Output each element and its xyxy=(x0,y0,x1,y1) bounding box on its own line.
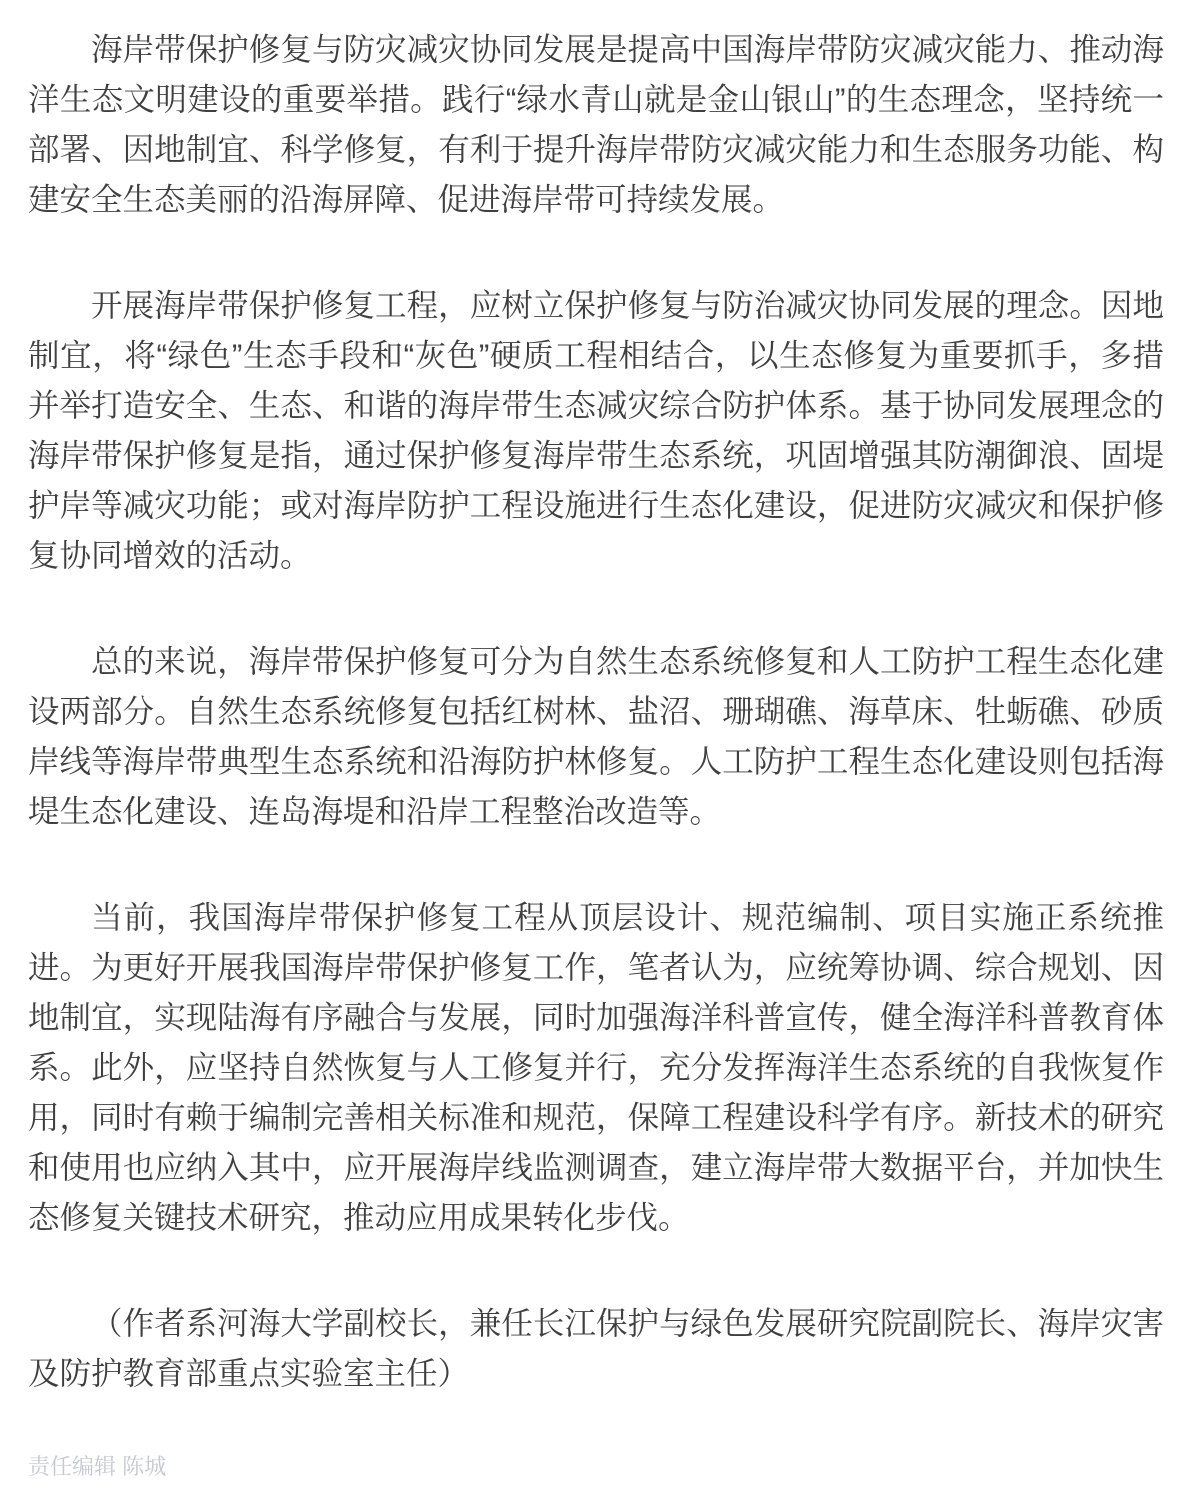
article-paragraph: 总的来说，海岸带保护修复可分为自然生态系统修复和人工防护工程生态化建设两部分。自… xyxy=(28,636,1164,836)
author-note: （作者系河海大学副校长，兼任长江保护与绿色发展研究院副院长、海岸灾害及防护教育部… xyxy=(28,1298,1164,1398)
editor-credit: 责任编辑 陈城 xyxy=(28,1454,1164,1508)
article-paragraph: 开展海岸带保护修复工程，应树立保护修复与防治减灾协同发展的理念。因地制宜，将“绿… xyxy=(28,280,1164,580)
article-body: 海岸带保护修复与防灾减灾协同发展是提高中国海岸带防灾减灾能力、推动海洋生态文明建… xyxy=(0,0,1192,1508)
article-paragraph: 海岸带保护修复与防灾减灾协同发展是提高中国海岸带防灾减灾能力、推动海洋生态文明建… xyxy=(28,24,1164,224)
article-paragraph: 当前，我国海岸带保护修复工程从顶层设计、规范编制、项目实施正系统推进。为更好开展… xyxy=(28,892,1164,1242)
